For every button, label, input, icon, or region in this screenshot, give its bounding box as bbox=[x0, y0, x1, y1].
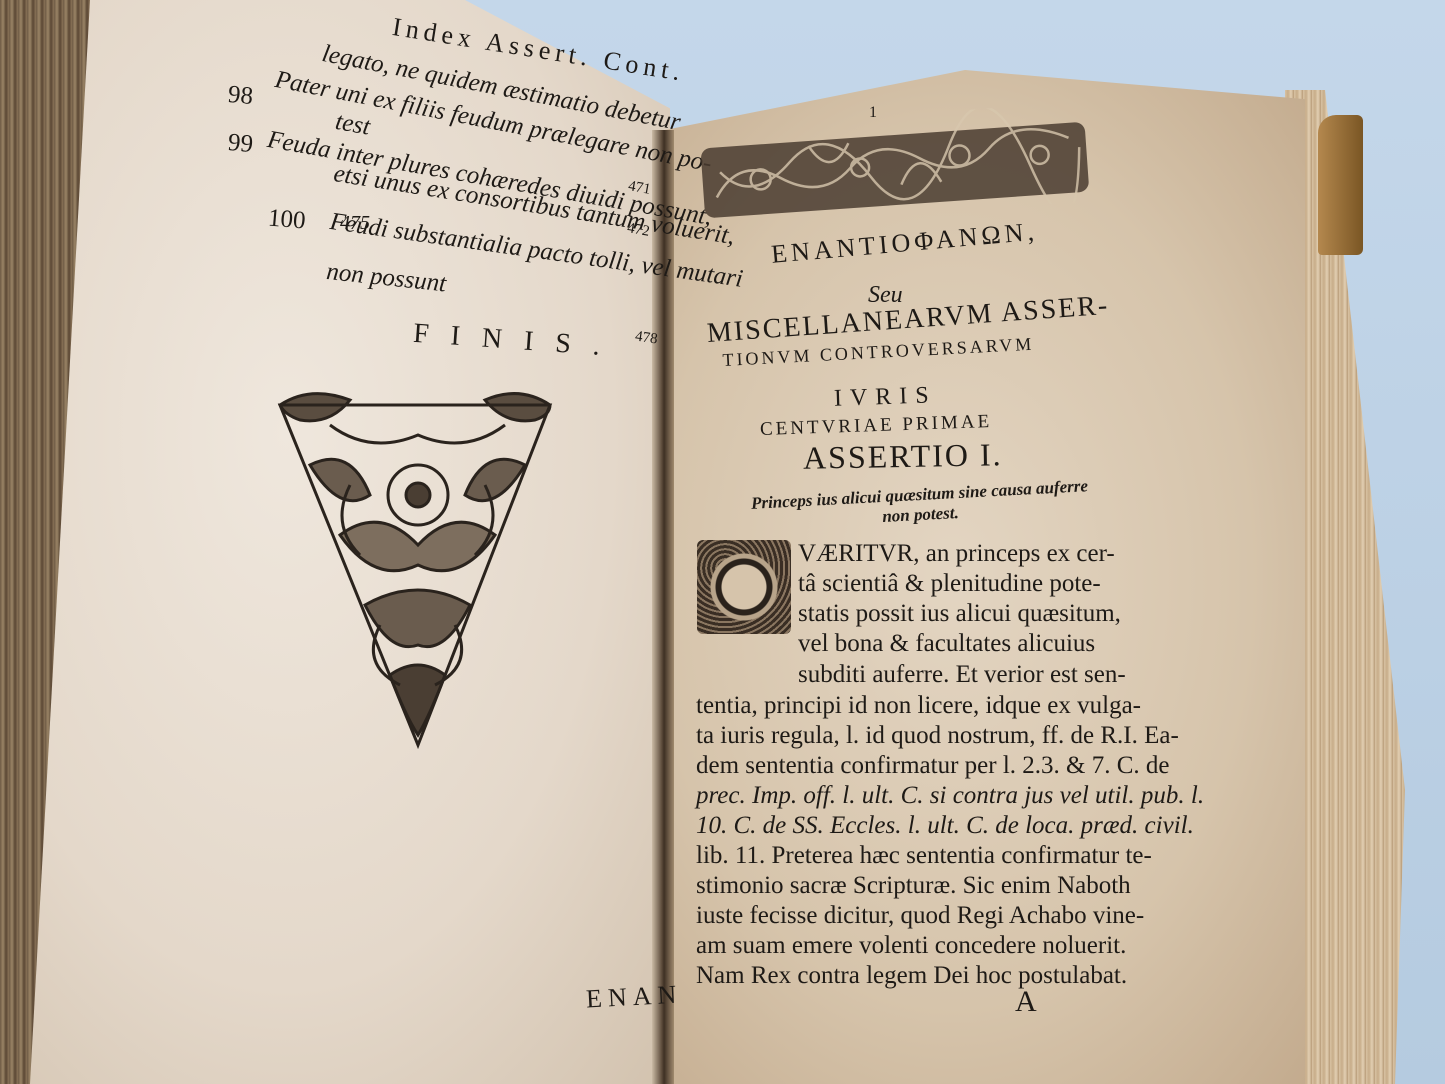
greek-title: ΕΝΑΝΤΙΟΦΑΝΩΝ, bbox=[770, 217, 1039, 270]
body-line: stimonio sacræ Scripturæ. Sic enim Nabot… bbox=[696, 872, 1131, 900]
entry-number: 100 bbox=[267, 204, 307, 235]
index-page-ref: 471 bbox=[627, 178, 652, 199]
body-line: VÆRITVR, an princeps ex cer- bbox=[798, 540, 1115, 568]
signature-mark: A bbox=[1015, 985, 1037, 1019]
catchword: ENAN bbox=[585, 980, 683, 1015]
body-line: Nam Rex contra legem Dei hoc postulabat. bbox=[696, 962, 1127, 990]
body-line: tentia, principi id non licere, idque ex… bbox=[696, 692, 1141, 720]
body-line: subditi auferre. Et verior est sen- bbox=[798, 661, 1126, 689]
body-line: iuste fecisse dicitur, quod Regi Achabo … bbox=[696, 902, 1144, 930]
body-line: lib. 11. Preterea hæc sententia confirma… bbox=[696, 842, 1152, 870]
body-line: ta iuris regula, l. id quod nostrum, ff.… bbox=[696, 722, 1179, 750]
body-line: am suam emere volenti concedere noluerit… bbox=[696, 932, 1126, 960]
index-page-ref: 472 bbox=[626, 220, 651, 241]
photo-scene: Index Assert. Cont. 98 99 100 legato, ne… bbox=[0, 0, 1445, 1084]
assertion-subtitle: Princeps ius alicui quæsitum sine causa … bbox=[729, 475, 1111, 535]
title-line: IVRIS bbox=[834, 382, 938, 413]
index-page-ref: 478 bbox=[634, 329, 659, 349]
body-line: dem sententia confirmatur per l. 2.3. & … bbox=[696, 752, 1170, 780]
index-page-ref: 475 bbox=[340, 212, 370, 235]
decorated-initial bbox=[697, 540, 791, 634]
woodcut-headpiece-ornament bbox=[697, 102, 1093, 229]
right-page-text: 1 ΕΝΑΝΤΙΟΦΑΝΩΝ, Seu MISCELLANEARVM ASSER… bbox=[670, 0, 1310, 1084]
body-line: vel bona & facultates alicuius bbox=[798, 630, 1095, 658]
body-line: tâ scientiâ & plenitudine pote- bbox=[798, 570, 1101, 598]
body-line: statis possit ius alicui quæsitum, bbox=[798, 600, 1121, 628]
entry-number: 99 bbox=[227, 129, 254, 159]
body-line: 10. C. de SS. Eccles. l. ult. C. de loca… bbox=[696, 812, 1194, 840]
body-line: prec. Imp. off. l. ult. C. si contra jus… bbox=[696, 782, 1204, 810]
assertio-heading: ASSERTIO I. bbox=[803, 436, 1003, 476]
entry-number: 98 bbox=[227, 81, 254, 111]
woodcut-tailpiece-ornament bbox=[270, 385, 565, 765]
index-entry: test bbox=[333, 108, 372, 142]
leather-page-tab bbox=[1318, 115, 1363, 255]
